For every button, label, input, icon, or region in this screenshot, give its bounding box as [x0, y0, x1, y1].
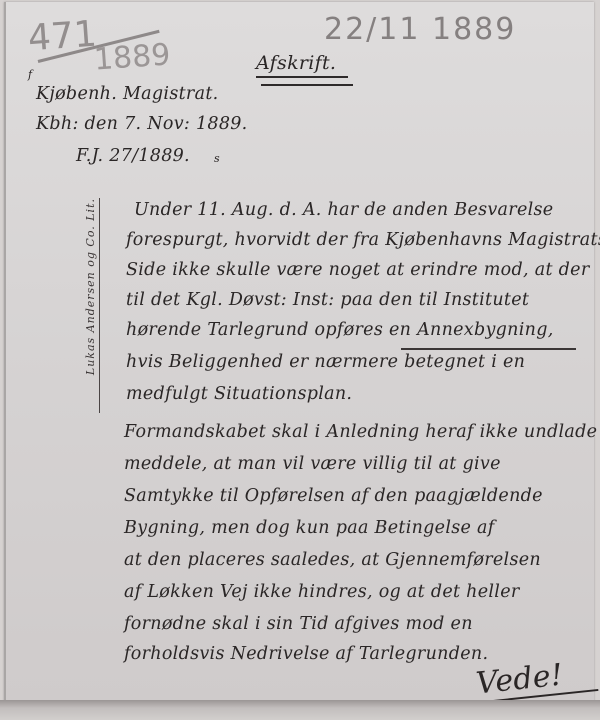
archive-year: 1889 [93, 37, 172, 77]
paragraph-line: Formandskabet skal i Anledning heraf ikk… [124, 422, 600, 442]
paragraph-line: af Løkken Vej ikke hindres, og at det he… [124, 582, 520, 602]
paragraph-line: at den placeres saaledes, at Gjennemføre… [124, 550, 541, 570]
corner-mark-left: f [28, 68, 32, 81]
paragraph-line: forholdsvis Nedrivelse af Tarlegrunden. [124, 644, 488, 664]
title-underline-1 [256, 76, 348, 78]
paragraph-line: Samtykke til Opførelsen af den paagjælde… [124, 486, 543, 506]
document-title: Afskrift. [256, 52, 336, 74]
paragraph-line: hørende Tarlegrund opføres en Annexbygni… [126, 320, 554, 340]
corner-mark-right: s [214, 152, 220, 165]
page-bottom-edge [0, 700, 600, 720]
header-line-1: Kjøbenh. Magistrat. [36, 84, 219, 104]
header-line-2: Kbh: den 7. Nov: 1889. [36, 114, 248, 134]
margin-rule [99, 198, 100, 413]
title-underline-2 [261, 84, 353, 86]
annex-underline [401, 348, 576, 350]
date-stamp: 22/11 1889 [324, 12, 516, 47]
paragraph-line: forespurgt, hvorvidt der fra Kjøbenhavns… [126, 230, 600, 250]
paragraph-line: Side ikke skulle være noget at erindre m… [126, 260, 590, 280]
header-line-3: F.J. 27/1889. [76, 146, 190, 166]
paragraph-line: medfulgt Situationsplan. [126, 384, 352, 404]
paragraph-line: hvis Beliggenhed er nærmere betegnet i e… [126, 352, 525, 372]
document-page: 471 1889 22/11 1889 Afskrift. f Kjøbenh.… [4, 2, 594, 704]
paragraph-line: fornødne skal i sin Tid afgives mod en [124, 614, 473, 634]
paragraph-line: Under 11. Aug. d. A. har de anden Besvar… [134, 200, 553, 220]
paragraph-line: meddele, at man vil være villig til at g… [124, 454, 501, 474]
margin-note: Lukas Andersen og Co. Lit. [84, 198, 97, 375]
paragraph-line: Bygning, men dog kun paa Betingelse af [124, 518, 495, 538]
archive-number: 471 [27, 14, 98, 60]
paragraph-line: til det Kgl. Døvst: Inst: paa den til In… [126, 290, 529, 310]
